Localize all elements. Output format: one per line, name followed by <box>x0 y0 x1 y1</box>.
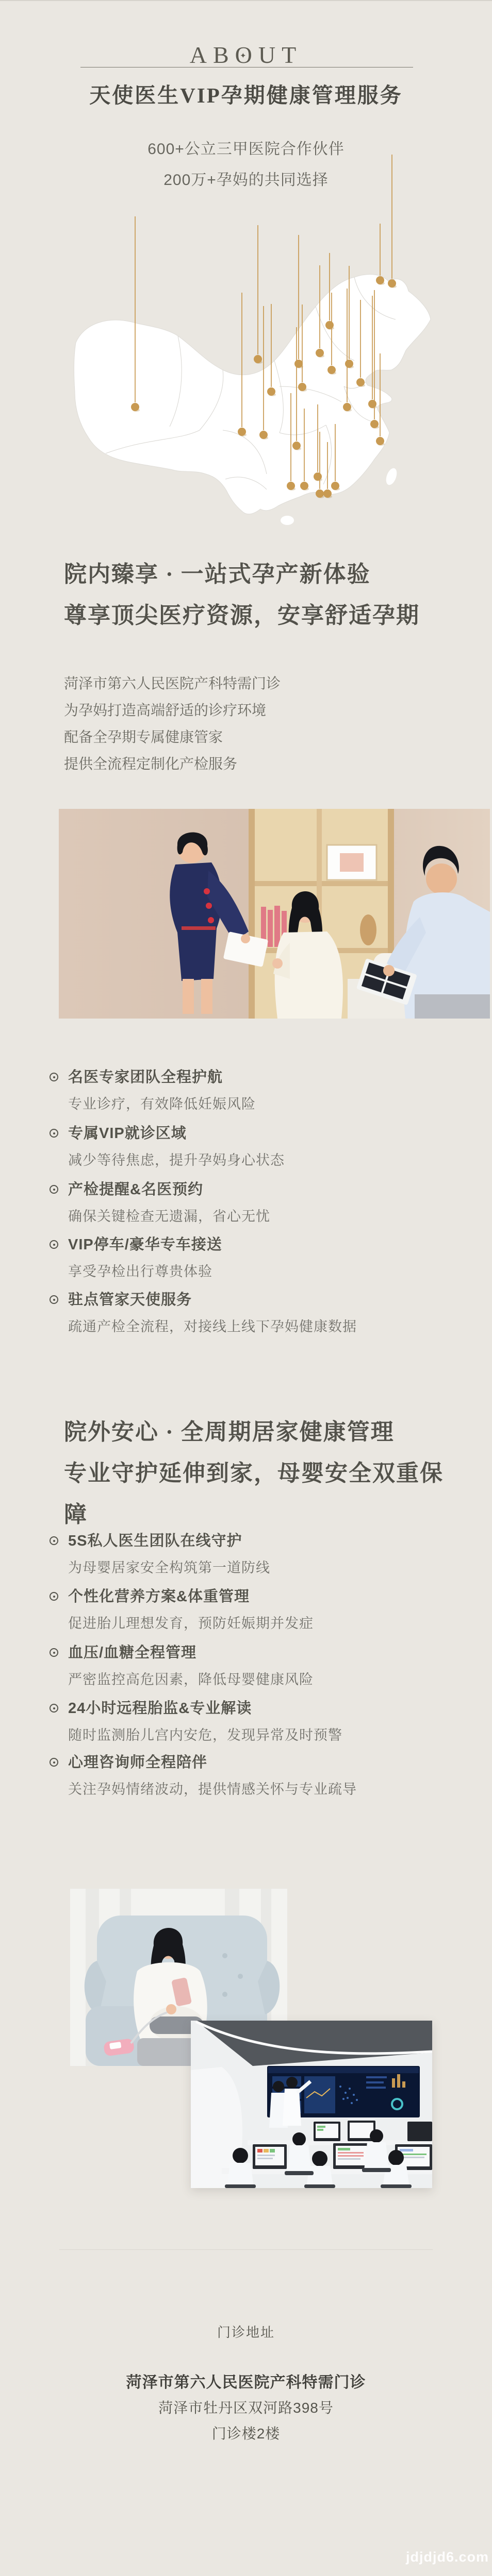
bullet-icon <box>50 1758 58 1767</box>
page-title: 天使医生VIP孕期健康管理服务 <box>0 83 492 107</box>
list-item: 名医专家团队全程护航 专业诊疗，有效降低妊娠风险 <box>50 1069 462 1112</box>
bullet-icon <box>50 1129 58 1138</box>
section1-para-line2: 为孕妈打造高端舒适的诊疗环境 <box>64 697 446 724</box>
list-item: 个性化营养方案&体重管理 促进胎儿理想发育，预防妊娠期并发症 <box>50 1588 462 1631</box>
item-title: 名医专家团队全程护航 <box>68 1069 462 1086</box>
item-desc: 为母婴居家安全构筑第一道防线 <box>68 1560 462 1575</box>
item-desc: 严密监控高危因素，降低母婴健康风险 <box>68 1672 462 1687</box>
bullet-icon <box>50 1240 58 1249</box>
promo-page: ABOUT ✦ 天使医生VIP孕期健康管理服务 600+公立三甲医院合作伙伴 2… <box>0 0 492 2576</box>
watermark: jdjdjd6.com <box>406 2549 489 2565</box>
section1-heading: 院内臻享 · 一站式孕产新体验 尊享顶尖医疗资源，安享舒适孕期 <box>64 554 456 636</box>
item-title: 5S私人医生团队在线守护 <box>68 1533 462 1549</box>
section2-heading: 院外安心 · 全周期居家健康管理 专业守护延伸到家，母婴安全双重保障 <box>64 1412 456 1535</box>
bullet-icon <box>50 1704 58 1713</box>
section1-paragraph: 菏泽市第六人民医院产科特需门诊 为孕妈打造高端舒适的诊疗环境 配备全孕期专属健康… <box>64 670 446 777</box>
item-desc: 专业诊疗，有效降低妊娠风险 <box>68 1096 462 1112</box>
footer-floor: 门诊楼2楼 <box>0 2426 492 2442</box>
bullet-icon <box>50 1536 58 1545</box>
item-desc: 随时监测胎儿宫内安危，发现异常及时预警 <box>68 1727 462 1743</box>
item-desc: 减少等待焦虑，提升孕妈身心状态 <box>68 1153 462 1168</box>
list-item: 24小时远程胎监&专业解读 随时监测胎儿宫内安危，发现异常及时预警 <box>50 1700 462 1743</box>
item-title: 心理咨询师全程陪伴 <box>68 1754 462 1771</box>
list-item: VIP停车/豪华专车接送 享受孕检出行尊贵体验 <box>50 1236 462 1279</box>
section1-para-line3: 配备全孕期专属健康管家 <box>64 724 446 751</box>
star-ornament-icon: ✦ <box>240 51 247 60</box>
list-item: 心理咨询师全程陪伴 关注孕妈情绪波动，提供情感关怀与专业疏导 <box>50 1754 462 1797</box>
item-title: 产检提醒&名医预约 <box>68 1181 462 1198</box>
item-desc: 享受孕检出行尊贵体验 <box>68 1264 462 1279</box>
map-land <box>74 275 431 525</box>
item-title: 24小时远程胎监&专业解读 <box>68 1700 462 1717</box>
consultation-photo <box>59 809 490 1019</box>
item-title: 专属VIP就诊区域 <box>68 1125 462 1142</box>
top-edge-line <box>0 0 492 1</box>
bullet-icon <box>50 1073 58 1081</box>
section1-heading-line1: 院内臻享 · 一站式孕产新体验 <box>64 554 456 595</box>
item-title: VIP停车/豪华专车接送 <box>68 1236 462 1253</box>
item-title: 个性化营养方案&体重管理 <box>68 1588 462 1605</box>
item-desc: 确保关键检查无遗漏，省心无忧 <box>68 1209 462 1224</box>
footer-address: 菏泽市牡丹区双河路398号 <box>0 2400 492 2416</box>
item-desc: 疏通产检全流程，对接线上线下孕妈健康数据 <box>68 1319 462 1334</box>
bullet-icon <box>50 1295 58 1304</box>
bullet-icon <box>50 1648 58 1657</box>
footer-divider <box>59 2249 433 2250</box>
section2-heading-line1: 院外安心 · 全周期居家健康管理 <box>64 1412 456 1453</box>
list-item: 专属VIP就诊区域 减少等待焦虑，提升孕妈身心状态 <box>50 1125 462 1168</box>
section2-heading-line2: 专业守护延伸到家，母婴安全双重保障 <box>64 1453 456 1535</box>
section1-para-line4: 提供全流程定制化产检服务 <box>64 751 446 777</box>
section1-para-line1: 菏泽市第六人民医院产科特需门诊 <box>64 670 446 697</box>
list-item: 产检提醒&名医预约 确保关键检查无遗漏，省心无忧 <box>50 1181 462 1224</box>
footer-label: 门诊地址 <box>0 2325 492 2340</box>
monitoring-center-photo <box>191 2021 432 2188</box>
list-item: 血压/血糖全程管理 严密监控高危因素，降低母婴健康风险 <box>50 1645 462 1687</box>
section1-heading-line2: 尊享顶尖医疗资源，安享舒适孕期 <box>64 595 456 636</box>
list-item: 5S私人医生团队在线守护 为母婴居家安全构筑第一道防线 <box>50 1533 462 1575</box>
bullet-icon <box>50 1592 58 1601</box>
item-desc: 关注孕妈情绪波动，提供情感关怀与专业疏导 <box>68 1782 462 1797</box>
item-title: 血压/血糖全程管理 <box>68 1645 462 1661</box>
list-item: 驻点管家天使服务 疏通产检全流程，对接线上线下孕妈健康数据 <box>50 1292 462 1334</box>
footer-hospital-name: 菏泽市第六人民医院产科特需门诊 <box>0 2374 492 2392</box>
china-map <box>45 144 447 531</box>
item-desc: 促进胎儿理想发育，预防妊娠期并发症 <box>68 1616 462 1631</box>
bullet-icon <box>50 1185 58 1194</box>
item-title: 驻点管家天使服务 <box>68 1292 462 1308</box>
